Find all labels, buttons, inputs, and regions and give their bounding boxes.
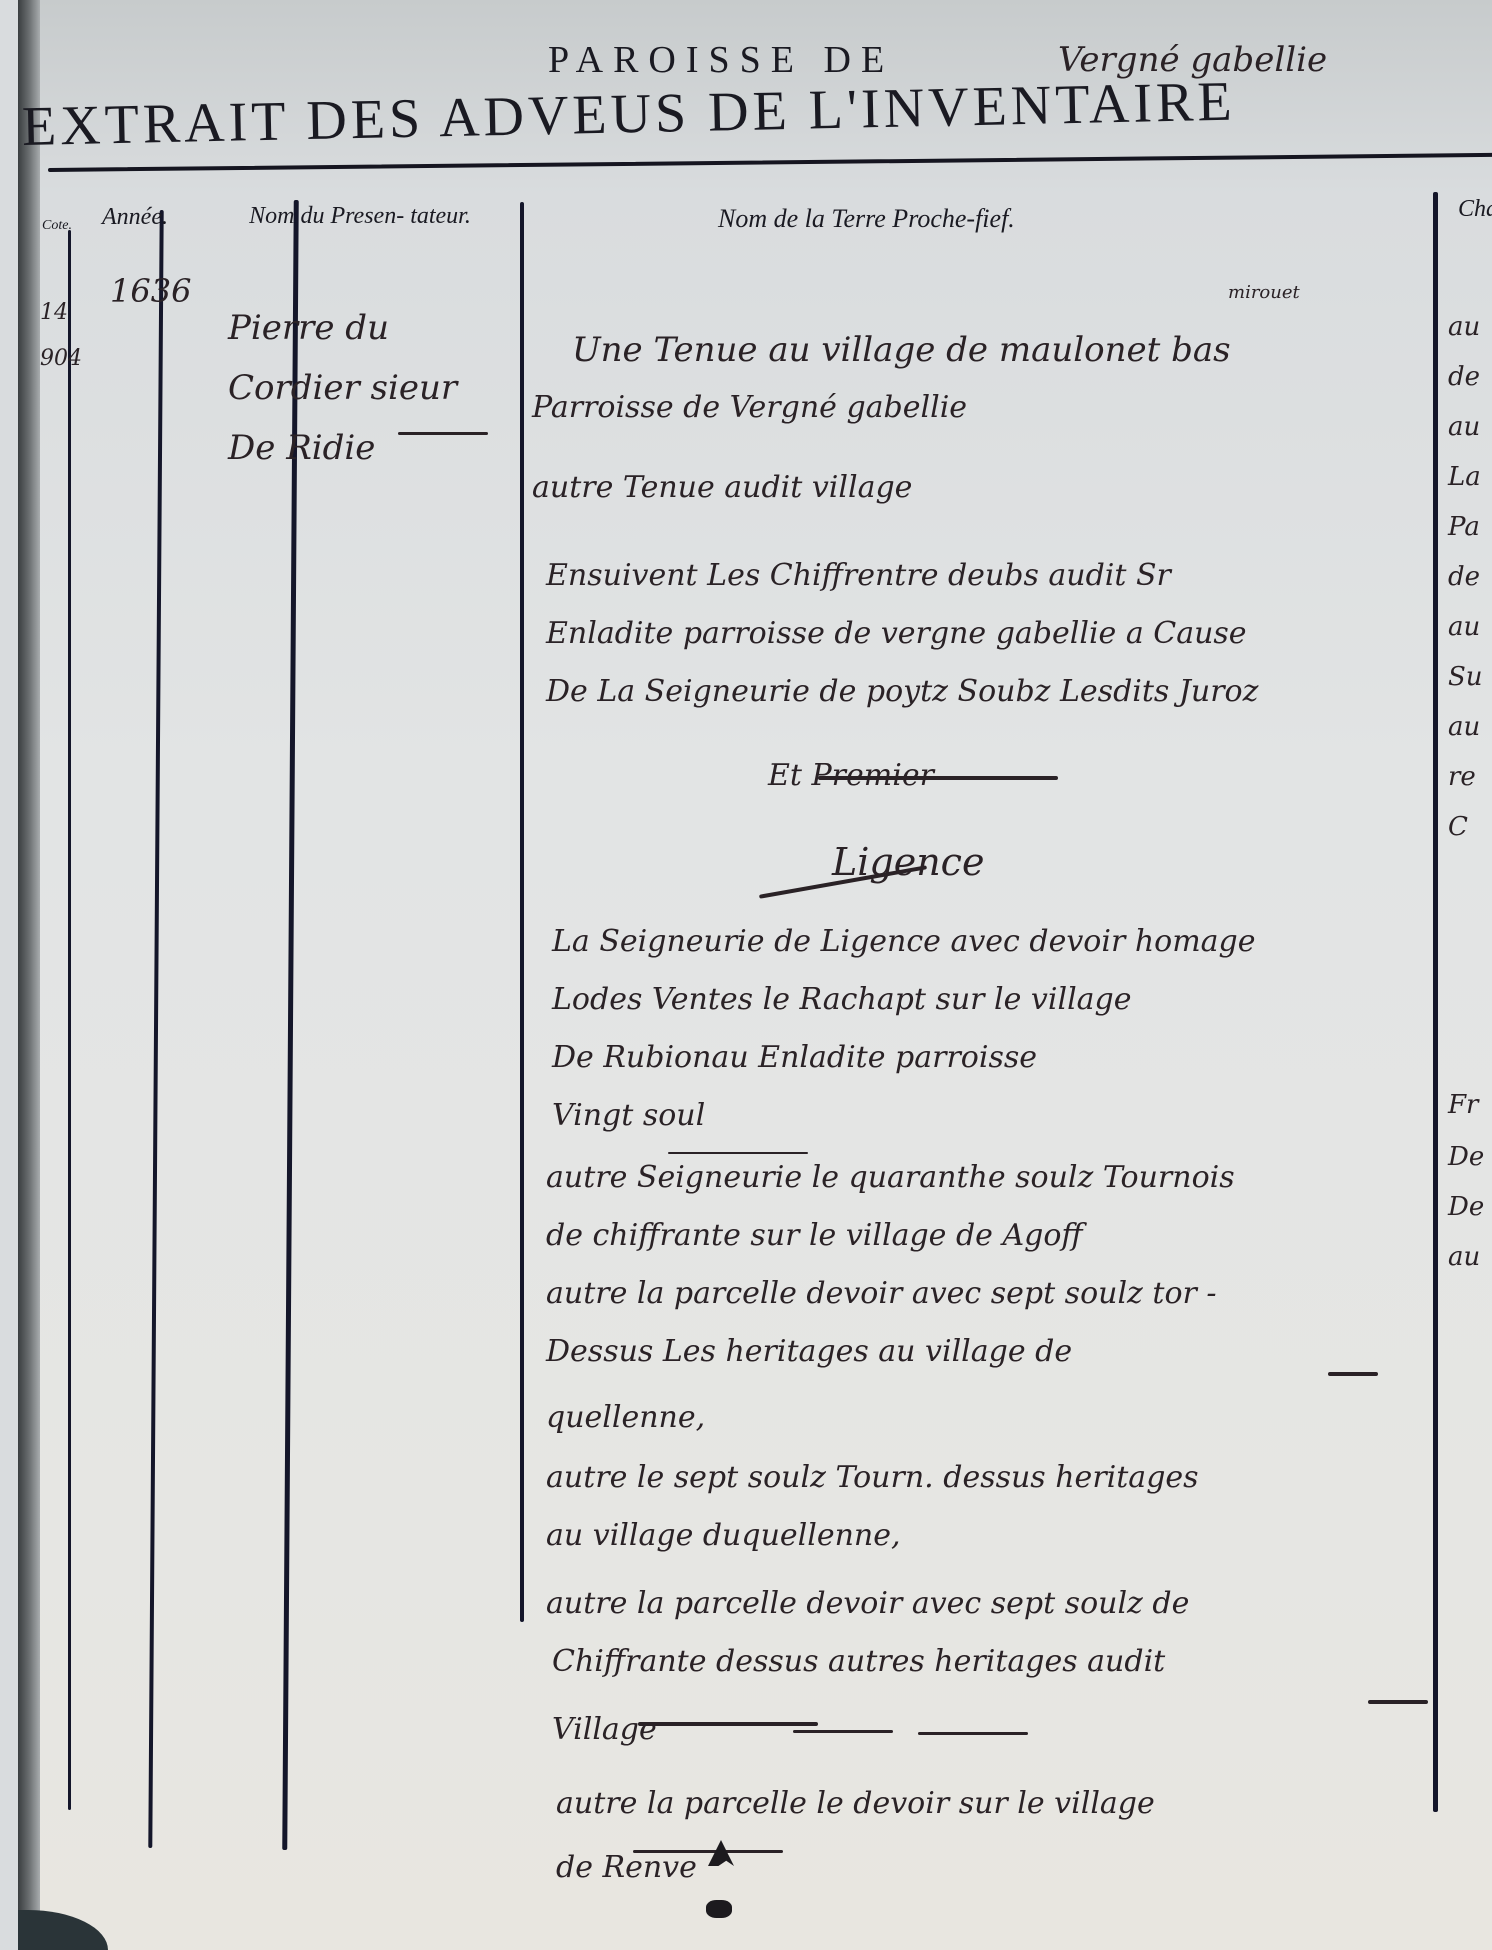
column-divider bbox=[68, 230, 71, 1810]
entry-line: autre Tenue audit village bbox=[532, 470, 912, 505]
entry-line: de Renve bbox=[556, 1850, 697, 1885]
entry-line: Village bbox=[552, 1712, 657, 1747]
presenter-flourish bbox=[398, 432, 488, 435]
entry-line: autre le sept soulz Tourn. dessus herita… bbox=[546, 1460, 1199, 1495]
line-filler bbox=[1368, 1700, 1428, 1704]
page-edge-shadow bbox=[18, 1910, 108, 1950]
binding-spine bbox=[18, 0, 40, 1950]
margin-fragment: au bbox=[1448, 1242, 1480, 1272]
margin-fragment: au bbox=[1448, 312, 1480, 342]
margin-fragment: Pa bbox=[1448, 512, 1480, 542]
column-divider bbox=[520, 202, 524, 1622]
margin-fragment: re bbox=[1448, 762, 1476, 792]
header-land-name: Nom de la Terre Proche-fief. bbox=[718, 204, 1015, 234]
entry-line: La Seigneurie de Ligence avec devoir hom… bbox=[552, 924, 1256, 959]
presenter-line: Cordier sieur bbox=[228, 358, 498, 418]
header-presenter: Nom du Presen- tateur. bbox=[230, 200, 490, 232]
margin-fragment: C bbox=[1448, 812, 1468, 842]
presenter-line: De Ridie bbox=[228, 418, 498, 478]
entry-line: de chiffrante sur le village de Agoff bbox=[546, 1218, 1083, 1253]
parish-label: PAROISSE DE bbox=[548, 38, 894, 82]
entry-line: Parroisse de Vergné gabellie bbox=[532, 390, 967, 425]
line-filler bbox=[638, 1722, 818, 1726]
line-filler bbox=[668, 1152, 808, 1154]
header-charges: Cha bbox=[1458, 196, 1492, 223]
header-cote: Cote. bbox=[42, 218, 72, 234]
document-title: EXTRAIT DES ADVEUS DE L'INVENTAIRE bbox=[21, 70, 1236, 159]
column-divider bbox=[148, 210, 163, 1848]
year-value: 1636 bbox=[110, 272, 191, 310]
entry-line: quellenne, bbox=[546, 1400, 705, 1435]
entry-line: Vingt soul bbox=[552, 1098, 705, 1133]
ink-blot-icon bbox=[708, 1840, 734, 1866]
margin-fragment: De bbox=[1448, 1192, 1484, 1222]
presenter-name: Pierre du Cordier sieur De Ridie bbox=[228, 298, 498, 478]
margin-fragment: au bbox=[1448, 612, 1480, 642]
column-divider bbox=[1433, 192, 1438, 1812]
margin-fragment: De bbox=[1448, 1142, 1484, 1172]
margin-fragment: au bbox=[1448, 712, 1480, 742]
header-annee: Année. bbox=[102, 204, 168, 231]
line-filler bbox=[918, 1732, 1028, 1735]
entry-line: De Rubionau Enladite parroisse bbox=[552, 1040, 1037, 1075]
cote-line: 904 bbox=[40, 336, 82, 382]
entry-line: au village duquellenne, bbox=[546, 1518, 901, 1553]
line-filler bbox=[1328, 1372, 1378, 1376]
entry-line: Une Tenue au village de maulonet bas bbox=[572, 330, 1231, 370]
entry-line: autre la parcelle devoir avec sept soulz… bbox=[546, 1586, 1189, 1621]
ink-blot-icon bbox=[706, 1900, 732, 1918]
margin-fragment: de bbox=[1448, 562, 1480, 592]
entry-line: autre Seigneurie le quaranthe soulz Tour… bbox=[546, 1160, 1235, 1195]
document-page: PAROISSE DE Vergné gabellie EXTRAIT DES … bbox=[18, 0, 1492, 1950]
cote-line: 14 bbox=[40, 290, 82, 336]
entry-line: De La Seigneurie de poytz Soubz Lesdits … bbox=[546, 674, 1258, 709]
presenter-line: Pierre du bbox=[228, 298, 498, 358]
margin-fragment: La bbox=[1448, 462, 1481, 492]
margin-fragment: Su bbox=[1448, 662, 1483, 692]
line-filler bbox=[818, 776, 1058, 780]
entry-line: Enladite parroisse de vergne gabellie a … bbox=[546, 616, 1247, 651]
line-filler bbox=[793, 1730, 893, 1733]
header-rule bbox=[48, 153, 1492, 172]
entry-line: autre la parcelle le devoir sur le villa… bbox=[556, 1786, 1155, 1821]
entry-line: Ensuivent Les Chiffrentre deubs audit Sr bbox=[546, 558, 1171, 593]
entry-line: Dessus Les heritages au village de bbox=[546, 1334, 1072, 1369]
line-filler bbox=[633, 1850, 783, 1853]
interlinear-annotation: mirouet bbox=[1228, 282, 1300, 303]
entry-line: Lodes Ventes le Rachapt sur le village bbox=[552, 982, 1132, 1017]
margin-fragment: de bbox=[1448, 362, 1480, 392]
entry-line: Chiffrante dessus autres heritages audit bbox=[552, 1644, 1165, 1679]
margin-fragment: Fr bbox=[1448, 1090, 1478, 1120]
margin-fragment: au bbox=[1448, 412, 1480, 442]
entry-line: autre la parcelle devoir avec sept soulz… bbox=[546, 1276, 1217, 1311]
cote-value: 14 904 bbox=[40, 290, 82, 382]
